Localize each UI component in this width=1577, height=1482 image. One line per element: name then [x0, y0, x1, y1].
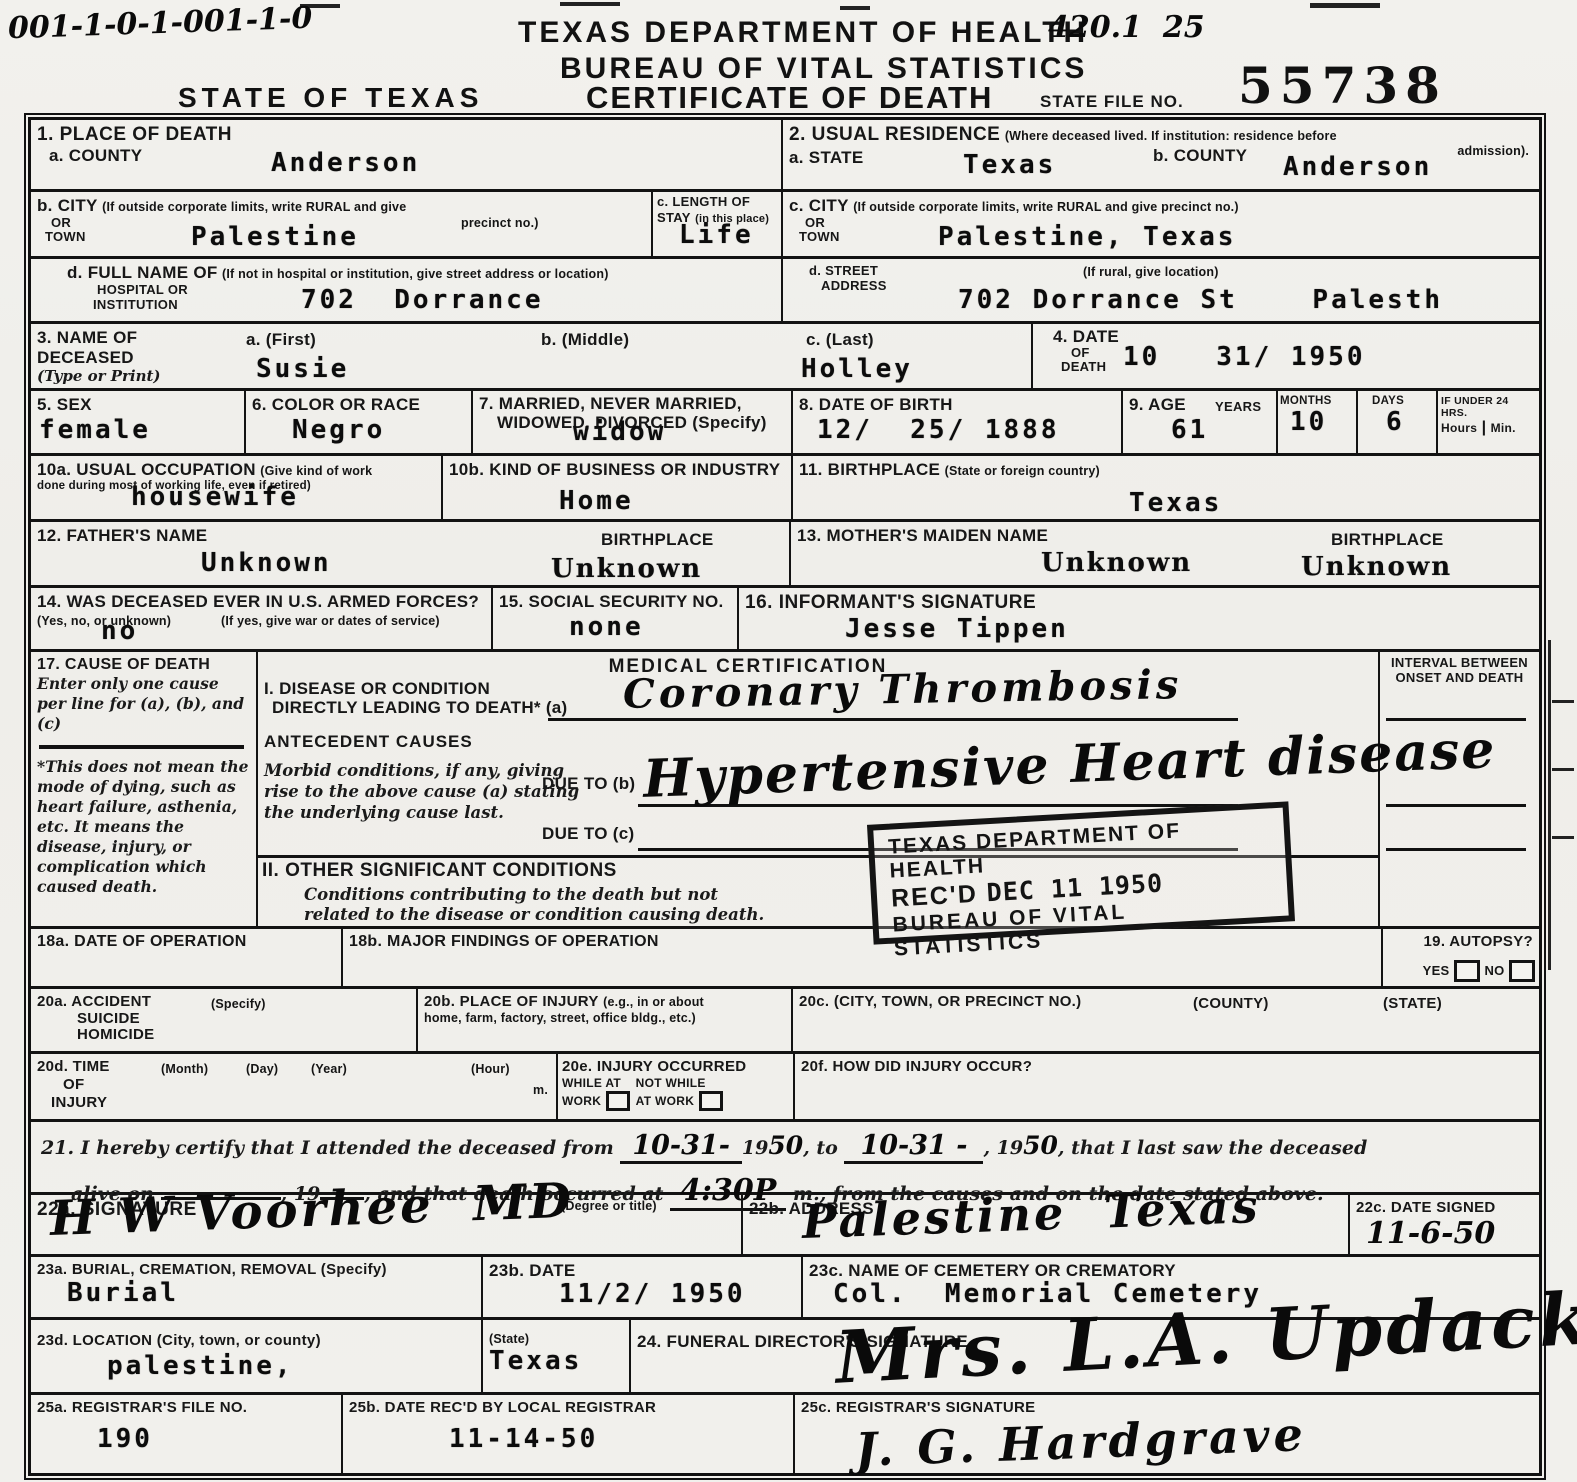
ssn-value: none: [569, 612, 731, 642]
date-signed-value: 11-6-50: [1366, 1216, 1533, 1251]
autopsy-yes-checkbox: [1454, 960, 1480, 982]
row-registrar: 25a. REGISTRAR'S FILE NO. 190 25b. DATE …: [31, 1395, 1539, 1473]
injury-e-label: 20e. INJURY OCCURRED: [562, 1058, 789, 1075]
field-age-days: DAYS 6: [1358, 391, 1438, 453]
field-burial-state: (State) Texas: [483, 1320, 631, 1393]
certify-yr1: 19: [742, 1137, 768, 1159]
field-age-months: MONTHS 10: [1278, 391, 1358, 453]
first-name-value: Susie: [256, 354, 349, 384]
field-date-of-birth: 8. DATE OF BIRTH 12/ 25/ 1888: [793, 391, 1123, 453]
registrar-date-value: 11-14-50: [449, 1424, 787, 1454]
signature-degree-label: (Degree or title): [561, 1199, 657, 1213]
field-usual-residence: 2. USUAL RESIDENCE (Where deceased lived…: [783, 120, 1539, 189]
certify-to-year: 50: [1023, 1131, 1058, 1160]
operation-date-label: 18a. DATE OF OPERATION: [37, 933, 335, 951]
street-note: (If rural, give location): [1083, 265, 1219, 279]
sex-label: 5. SEX: [37, 395, 238, 415]
mother-birthplace-value: Unknown: [1301, 552, 1452, 582]
marital-label: 7. MARRIED, NEVER MARRIED,: [479, 395, 785, 414]
field-physician-address: 22b. ADDRESS Palestine Texas: [743, 1195, 1350, 1254]
res-state-label: a. STATE: [789, 148, 864, 167]
armed-forces-note2: (If yes, give war or dates of service): [221, 614, 440, 628]
interval-line-2: [1386, 804, 1526, 807]
res-county-value: Anderson: [1283, 152, 1432, 182]
other-conditions-label: II. OTHER SIGNIFICANT CONDITIONS: [262, 860, 617, 882]
burial-date-label: 23b. DATE: [489, 1261, 575, 1280]
field-how-injury-occurred: 20f. HOW DID INJURY OCCUR?: [795, 1054, 1539, 1119]
scan-artifact: [1310, 3, 1380, 8]
date-of-death-value: 10 31/ 1950: [1123, 342, 1366, 372]
registrar-date-label: 25b. DATE REC'D BY LOCAL REGISTRAR: [349, 1399, 787, 1416]
field-accident-suicide-homicide: 20a. ACCIDENT (Specify) SUICIDE HOMICIDE: [31, 989, 418, 1052]
usual-residence-note2: admission).: [1457, 144, 1529, 158]
father-label: 12. FATHER'S NAME: [37, 526, 207, 545]
interval-line-3: [1386, 848, 1526, 851]
mother-label: 13. MOTHER'S MAIDEN NAME: [797, 526, 1048, 545]
field-length-of-stay: c. LENGTH OF STAY (in this place) Life: [653, 192, 783, 257]
birthplace-note: (State or foreign country): [945, 464, 1100, 478]
field-age-under24: IF UNDER 24 HRS. Hours | Min.: [1438, 391, 1539, 453]
handwritten-code: 001-1-0-1-001-1-0: [7, 1, 312, 47]
autopsy-label: 19. AUTOPSY?: [1389, 933, 1533, 950]
certify-text-start: 21. I hereby certify that I attended the…: [41, 1137, 614, 1159]
stamp-recd: REC'D: [890, 880, 978, 913]
field-burial-date: 23b. DATE 11/2/ 1950: [483, 1257, 803, 1317]
injury-c-state-label: (STATE): [1383, 995, 1442, 1012]
scan-artifact: [1552, 700, 1574, 703]
row-4: 3. NAME OF DECEASED (Type or Print) a. (…: [31, 324, 1539, 391]
dob-label: 8. DATE OF BIRTH: [799, 395, 1115, 415]
interval-label2: ONSET AND DEATH: [1386, 671, 1533, 686]
res-city-label: c. CITY: [789, 196, 849, 215]
burial-location-label: 23d. LOCATION (City, town, or county): [37, 1332, 475, 1349]
father-value: Unknown: [201, 548, 332, 578]
disease-value-handwritten: Coronary Thrombosis: [623, 661, 1183, 718]
field-informant: 16. INFORMANT'S SIGNATURE Jesse Tippen: [739, 588, 1539, 649]
county-value: Anderson: [271, 148, 420, 178]
age-years-label: YEARS: [1215, 399, 1261, 414]
certify-from-value: 10-31-: [620, 1130, 742, 1164]
res-county-label: b. COUNTY: [1153, 146, 1247, 166]
handwritten-annotation: 420.1 25: [1048, 10, 1205, 45]
injury-d-month: (Month): [161, 1062, 208, 1076]
injury-d-label3: INJURY: [51, 1094, 550, 1111]
field-burial-type: 23a. BURIAL, CREMATION, REMOVAL (Specify…: [31, 1257, 483, 1317]
certify-to-word: , to: [803, 1137, 838, 1159]
age-label: 9. AGE: [1129, 395, 1186, 414]
injury-f-label: 20f. HOW DID INJURY OCCUR?: [801, 1058, 1533, 1075]
certificate-title: CERTIFICATE OF DEATH: [586, 80, 993, 116]
row-6: 10a. USUAL OCCUPATION (Give kind of work…: [31, 456, 1539, 522]
race-value: Negro: [292, 415, 465, 445]
city-label: b. CITY: [37, 196, 98, 215]
other-conditions-note1: Conditions contributing to the death but…: [304, 884, 718, 905]
dob-value: 12/ 25/ 1888: [817, 415, 1115, 445]
certificate-body: 1. PLACE OF DEATH a. COUNTY Anderson 2. …: [28, 117, 1542, 1476]
place-of-death-label: 1. PLACE OF DEATH: [37, 124, 775, 146]
field-injury-city: 20c. (CITY, TOWN, OR PRECINCT NO.) (COUN…: [793, 989, 1539, 1052]
city-note: (If outside corporate limits, write RURA…: [102, 200, 406, 214]
other-conditions-note2: related to the disease or condition caus…: [304, 904, 764, 925]
hospital-label: d. FULL NAME OF: [67, 263, 218, 282]
birthplace-value: Texas: [1129, 488, 1533, 518]
burial-value: Burial: [67, 1278, 475, 1308]
field-father: 12. FATHER'S NAME BIRTHPLACE Unknown Unk…: [31, 522, 791, 586]
informant-value: Jesse Tippen: [845, 614, 1533, 644]
certify-end1: , that I last saw the deceased: [1058, 1137, 1367, 1159]
res-city-note: (If outside corporate limits, write RURA…: [853, 200, 1239, 214]
age-months-label: MONTHS: [1280, 395, 1354, 407]
while-at-work-checkbox: [606, 1091, 630, 1111]
injury-d-label2: OF: [63, 1076, 550, 1093]
field-injury-occurred: 20e. INJURY OCCURRED WHILE AT WORK NOT W…: [558, 1054, 795, 1119]
field-burial-location: 23d. LOCATION (City, town, or county) pa…: [31, 1320, 483, 1393]
agency-title-line1: TEXAS DEPARTMENT OF HEALTH: [518, 16, 1088, 50]
field-occupation: 10a. USUAL OCCUPATION (Give kind of work…: [31, 456, 443, 519]
row-injury-1: 20a. ACCIDENT (Specify) SUICIDE HOMICIDE…: [31, 989, 1539, 1055]
street-value: 702 Dorrance St Palesth: [958, 285, 1443, 315]
row-1: 1. PLACE OF DEATH a. COUNTY Anderson 2. …: [31, 120, 1539, 192]
res-state-value: Texas: [963, 150, 1056, 180]
injury-b-note2: home, farm, factory, street, office bldg…: [424, 1011, 785, 1025]
scan-artifact: [1548, 640, 1551, 970]
armed-forces-value: no: [101, 616, 138, 646]
certify-to-value: 10-31 -: [844, 1130, 983, 1164]
city-value: Palestine: [191, 222, 359, 252]
burial-state-label: (State): [489, 1332, 623, 1346]
injury-c-county-label: (COUNTY): [1193, 995, 1269, 1012]
middle-name-label: b. (Middle): [541, 330, 629, 350]
usual-residence-label: 2. USUAL RESIDENCE: [789, 124, 1000, 145]
field-sex: 5. SEX female: [31, 391, 246, 453]
last-name-label: c. (Last): [806, 330, 874, 350]
due-b-label: DUE TO (b): [542, 774, 635, 794]
row-physician: 22a. SIGNATURE (Degree or title) H W Voo…: [31, 1195, 1539, 1257]
field-place-of-injury: 20b. PLACE OF INJURY (e.g., in or about …: [418, 989, 793, 1052]
field-mother: 13. MOTHER'S MAIDEN NAME BIRTHPLACE Unkn…: [791, 522, 1539, 586]
stay-label: c. LENGTH OF: [657, 194, 777, 209]
row-7: 12. FATHER'S NAME BIRTHPLACE Unknown Unk…: [31, 522, 1539, 589]
burial-location-value: palestine,: [107, 1351, 475, 1381]
field-date-of-operation: 18a. DATE OF OPERATION: [31, 929, 343, 986]
field-registrar-date: 25b. DATE REC'D BY LOCAL REGISTRAR 11-14…: [343, 1395, 795, 1473]
res-city-value: Palestine, Texas: [938, 222, 1236, 252]
due-c-label: DUE TO (c): [542, 824, 634, 844]
city-note2: precinct no.): [461, 216, 539, 230]
county-label: a. COUNTY: [49, 146, 142, 165]
row-cause-of-death: 17. CAUSE OF DEATH Enter only one cause …: [31, 652, 1539, 929]
marital-value: widow: [573, 417, 666, 447]
state-file-no-label: STATE FILE NO.: [1040, 92, 1184, 112]
father-birthplace-value: Unknown: [551, 554, 702, 584]
injury-d-label: 20d. TIME: [37, 1058, 110, 1075]
injury-b-label: 20b. PLACE OF INJURY: [424, 993, 599, 1010]
occupation-note: (Give kind of work: [260, 464, 372, 478]
injury-e-not-label2: AT WORK: [636, 1094, 695, 1108]
certify-yr2: , 19: [983, 1137, 1023, 1159]
armed-forces-label: 14. WAS DECEASED EVER IN U.S. ARMED FORC…: [37, 592, 485, 612]
not-while-at-work-checkbox: [699, 1091, 723, 1111]
age-years-value: 61: [1171, 415, 1270, 445]
under24-hours-label: Hours: [1441, 421, 1477, 435]
birthplace-label: 11. BIRTHPLACE: [799, 460, 940, 479]
autopsy-no-checkbox: [1509, 960, 1535, 982]
field-city-of-death: b. CITY (If outside corporate limits, wr…: [31, 192, 653, 257]
father-birthplace-label: BIRTHPLACE: [601, 530, 714, 550]
usual-residence-note: (Where deceased lived. If institution: r…: [1005, 129, 1337, 143]
row-8: 14. WAS DECEASED EVER IN U.S. ARMED FORC…: [31, 588, 1539, 652]
autopsy-yes-label: YES: [1423, 963, 1450, 978]
row-2: b. CITY (If outside corporate limits, wr…: [31, 192, 1539, 260]
occupation-value: housewife: [131, 482, 299, 512]
injury-b-note1: (e.g., in or about: [603, 995, 704, 1009]
received-stamp: TEXAS DEPARTMENT OF HEALTH REC'D DEC 11 …: [867, 801, 1295, 944]
state-file-number: 55738: [1238, 56, 1447, 115]
race-label: 6. COLOR OR RACE: [252, 395, 465, 415]
row-3: d. FULL NAME OF (If not in hospital or i…: [31, 259, 1539, 324]
field-date-signed: 22c. DATE SIGNED 11-6-50: [1350, 1195, 1539, 1254]
injury-a-note: (Specify): [211, 997, 266, 1011]
injury-a-label2: SUICIDE: [77, 1011, 410, 1028]
informant-label: 16. INFORMANT'S SIGNATURE: [745, 592, 1533, 614]
last-name-value: Holley: [801, 354, 913, 384]
injury-e-not-label: NOT WHILE: [636, 1077, 723, 1090]
age-days-value: 6: [1386, 407, 1434, 437]
ssn-label: 15. SOCIAL SECURITY NO.: [499, 592, 731, 612]
field-business: 10b. KIND OF BUSINESS OR INDUSTRY Home: [443, 456, 793, 519]
hospital-value: 702 Dorrance: [301, 285, 544, 315]
field-race: 6. COLOR OR RACE Negro: [246, 391, 473, 453]
injury-e-while-label: WHILE AT: [562, 1077, 630, 1090]
age-months-value: 10: [1290, 407, 1354, 437]
field-interval: INTERVAL BETWEEN ONSET AND DEATH: [1380, 652, 1539, 926]
interval-line-1: [1386, 718, 1526, 721]
sex-value: female: [39, 415, 238, 445]
field-autopsy: 19. AUTOPSY? YES NO: [1383, 929, 1539, 986]
field-registrar-file: 25a. REGISTRAR'S FILE NO. 190: [31, 1395, 343, 1473]
field-place-of-death: 1. PLACE OF DEATH a. COUNTY Anderson: [31, 120, 783, 189]
row-operation: 18a. DATE OF OPERATION 18b. MAJOR FINDIN…: [31, 929, 1539, 989]
scan-artifact: [1552, 768, 1574, 771]
field-birthplace: 11. BIRTHPLACE (State or foreign country…: [793, 456, 1539, 519]
disease-line: [548, 718, 1238, 721]
field-marital-status: 7. MARRIED, NEVER MARRIED, WIDOWED, DIVO…: [473, 391, 793, 453]
under24-label: IF UNDER 24 HRS.: [1441, 395, 1536, 419]
field-hospital: d. FULL NAME OF (If not in hospital or i…: [31, 259, 783, 321]
state-heading: STATE OF TEXAS: [178, 82, 483, 114]
field-date-of-death: 4. DATE OF DEATH 10 31/ 1950: [1033, 324, 1539, 388]
burial-label: 23a. BURIAL, CREMATION, REMOVAL (Specify…: [37, 1261, 475, 1278]
injury-d-day: (Day): [246, 1062, 278, 1076]
scan-artifact: [1552, 836, 1574, 839]
interval-label: INTERVAL BETWEEN: [1386, 656, 1533, 671]
occupation-label: 10a. USUAL OCCUPATION: [37, 460, 256, 479]
age-days-label: DAYS: [1372, 395, 1434, 407]
business-label: 10b. KIND OF BUSINESS OR INDUSTRY: [449, 460, 785, 480]
under24-min-label: Min.: [1491, 421, 1516, 435]
registrar-file-value: 190: [97, 1424, 335, 1454]
burial-state-value: Texas: [489, 1346, 623, 1376]
field-ssn: 15. SOCIAL SECURITY NO. none: [493, 588, 739, 649]
field-street-address: d. STREET ADDRESS (If rural, give locati…: [783, 259, 1539, 321]
certify-from-year: 50: [768, 1131, 803, 1160]
field-cause-instructions: 17. CAUSE OF DEATH Enter only one cause …: [31, 652, 258, 926]
cause-instr1: Enter only one cause per line for (a), (…: [37, 674, 250, 734]
injury-c-label: 20c. (CITY, TOWN, OR PRECINCT NO.): [799, 993, 1081, 1010]
injury-e-while-label2: WORK: [562, 1094, 601, 1108]
stay-value: Life: [679, 220, 754, 250]
date-signed-label: 22c. DATE SIGNED: [1356, 1199, 1533, 1216]
mother-value: Unknown: [1041, 548, 1192, 578]
mother-birthplace-label: BIRTHPLACE: [1331, 530, 1444, 550]
burial-date-value: 11/2/ 1950: [559, 1279, 795, 1309]
business-value: Home: [559, 486, 785, 516]
field-residence-city: c. CITY (If outside corporate limits, wr…: [783, 192, 1539, 257]
field-physician-signature: 22a. SIGNATURE (Degree or title) H W Voo…: [31, 1195, 743, 1254]
field-age-years: 9. AGE YEARS 61: [1123, 391, 1278, 453]
deceased-label: 3. NAME OF: [37, 328, 1025, 348]
row-injury-2: 20d. TIME (Month) (Day) (Year) (Hour) OF…: [31, 1054, 1539, 1122]
autopsy-no-label: NO: [1484, 963, 1504, 978]
field-name-of-deceased: 3. NAME OF DECEASED (Type or Print) a. (…: [31, 324, 1033, 388]
injury-a-label3: HOMICIDE: [77, 1027, 410, 1044]
first-name-label: a. (First): [246, 330, 316, 350]
hospital-note: (If not in hospital or institution, give…: [222, 267, 609, 281]
row-5: 5. SEX female 6. COLOR OR RACE Negro 7. …: [31, 391, 1539, 456]
scan-artifact: [560, 2, 620, 6]
injury-d-hour: (Hour): [471, 1062, 510, 1076]
field-armed-forces: 14. WAS DECEASED EVER IN U.S. ARMED FORC…: [31, 588, 493, 649]
cemetery-label: 23c. NAME OF CEMETERY OR CREMATORY: [809, 1261, 1533, 1281]
registrar-file-label: 25a. REGISTRAR'S FILE NO.: [37, 1399, 335, 1416]
scan-artifact: [840, 6, 870, 10]
injury-a-label: 20a. ACCIDENT: [37, 993, 151, 1010]
death-certificate-scan: 001-1-0-1-001-1-0 TEXAS DEPARTMENT OF HE…: [0, 0, 1577, 1482]
injury-d-year: (Year): [311, 1062, 347, 1076]
cause-instr2: *This does not mean the mode of dying, s…: [37, 757, 250, 898]
field-time-of-injury: 20d. TIME (Month) (Day) (Year) (Hour) OF…: [31, 1054, 558, 1119]
injury-d-m: m.: [533, 1083, 548, 1097]
